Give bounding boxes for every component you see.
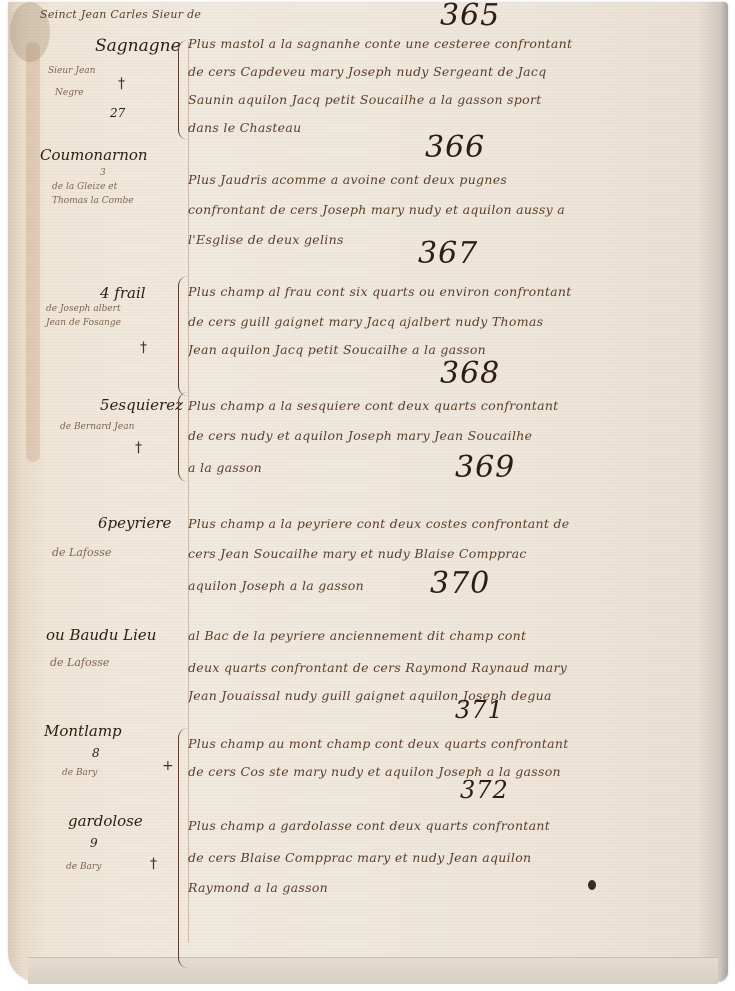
entry-line: Plus champ au mont champ cont deux quart… (188, 736, 708, 751)
entry-number: 372 (460, 776, 509, 804)
entry-line: confrontant de cers Joseph mary nudy et … (188, 202, 708, 217)
margin-note: de Lafosse (52, 546, 111, 560)
entry-line: Jean Jouaissal nudy guill gaignet aquilo… (188, 688, 708, 703)
entry-number: 370 (430, 566, 490, 601)
cross-mark: † (140, 340, 147, 356)
cross-mark: † (135, 440, 142, 456)
entry-line: de cers Blaise Compprac mary et nudy Jea… (188, 850, 708, 865)
margin-note: de Bernard Jean (60, 420, 134, 434)
entry-line: Plus Jaudris acomme a avoine cont deux p… (188, 172, 708, 187)
bottom-fold (28, 957, 718, 984)
entry-line: de cers nudy et aquilon Joseph mary Jean… (188, 428, 708, 443)
margin-title: ou Baudu Lieu (46, 626, 156, 644)
margin-title: 4 frail (100, 284, 146, 302)
margin-note: 3 (100, 166, 106, 180)
margin-note: 27 (110, 106, 125, 120)
margin-note: Thomas la Combe (52, 194, 134, 208)
margin-title: 5esquierez (100, 396, 183, 414)
margin-note: Negre (55, 86, 84, 100)
entry-line: Plus champ a la peyriere cont deux coste… (188, 516, 708, 531)
entry-line: Raymond a la gasson (188, 880, 708, 895)
margin-note: Sieur Jean (48, 64, 95, 78)
entry-line: Jean aquilon Jacq petit Soucailhe a la g… (188, 342, 708, 357)
margin-title: 6peyriere (98, 514, 171, 532)
entry-number: 365 (440, 0, 500, 33)
margin-note: Jean de Fosange (46, 316, 121, 330)
margin-note: de Joseph albert (46, 302, 121, 316)
entry-number: 369 (455, 450, 515, 485)
entry-line: Plus champ al frau cont six quarts ou en… (188, 284, 708, 299)
entry-number: 368 (440, 356, 500, 391)
entry-number: 371 (455, 696, 504, 724)
entry-line: Plus champ a gardolasse cont deux quarts… (188, 818, 708, 833)
margin-note: de Bary (66, 860, 101, 874)
cross-mark: + (162, 758, 174, 774)
margin-note: de Bary (62, 766, 97, 780)
entry-line: deux quarts confrontant de cers Raymond … (188, 660, 708, 675)
margin-title: gardolose (68, 812, 143, 830)
entry-line: al Bac de la peyriere anciennement dit c… (188, 628, 708, 643)
cross-mark: † (118, 76, 125, 92)
entry-line: a la gasson (188, 460, 708, 475)
entry-line: Saunin aquilon Jacq petit Soucailhe a la… (188, 92, 708, 107)
margin-title: Montlamp (44, 722, 122, 740)
margin-note: 8 (92, 746, 100, 760)
margin-note: de la Gleize et (52, 180, 117, 194)
margin-note: de Lafosse (50, 656, 109, 670)
entry-number: 367 (418, 236, 478, 271)
entry-line: de cers Cos ste mary nudy et aquilon Jos… (188, 764, 708, 779)
margin-title: Sagnagne (95, 36, 181, 56)
entry-number: 366 (425, 130, 485, 165)
stain-left (26, 42, 40, 462)
margin-title: Coumonarnon (40, 146, 148, 164)
entry-line: Plus champ a la sesquiere cont deux quar… (188, 398, 708, 413)
entry-line: de cers guill gaignet mary Jacq ajalbert… (188, 314, 708, 329)
entry-line: Plus mastol a la sagnanhe conte une cest… (188, 36, 708, 51)
cross-mark: † (150, 856, 157, 872)
margin-note: 9 (90, 836, 98, 850)
entry-line: de cers Capdeveu mary Joseph nudy Sergea… (188, 64, 708, 79)
entry-line: cers Jean Soucailhe mary et nudy Blaise … (188, 546, 708, 561)
